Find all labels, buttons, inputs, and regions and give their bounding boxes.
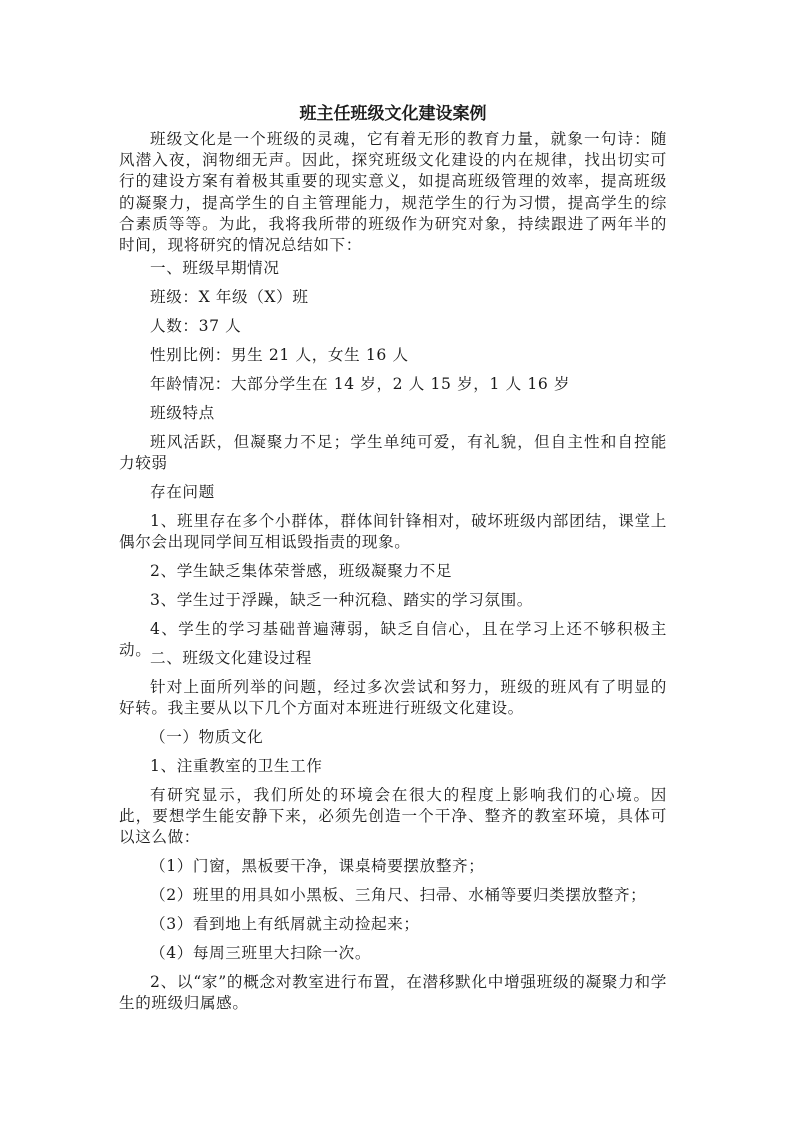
list-item-2: （2）班里的用具如小黑板、三角尺、扫帚、水桶等要归类摆放整齐；: [119, 885, 667, 906]
problem-item-2: 2、学生缺乏集体荣誉感，班级凝聚力不足: [119, 561, 667, 582]
paragraph-features: 班风活跃，但凝聚力不足；学生单纯可爱，有礼貌，但自主性和自控能力较弱: [119, 432, 667, 474]
paragraph-count: 人数：37 人: [119, 316, 667, 337]
list-item-3: （3）看到地上有纸屑就主动捡起来；: [119, 914, 667, 935]
paragraph-class: 班级：X 年级（X）班: [119, 287, 667, 308]
heading-hygiene: 1、注重教室的卫生工作: [119, 756, 667, 777]
heading-features: 班级特点: [119, 403, 667, 424]
heading-section-1: 一、班级早期情况: [119, 258, 667, 279]
paragraph-process: 针对上面所列举的问题，经过多次尝试和努力，班级的班风有了明显的好转。我主要从以下…: [119, 677, 667, 719]
document-title: 班主任班级文化建设案例: [119, 102, 667, 126]
heading-section-2: 二、班级文化建设过程: [119, 648, 667, 669]
heading-material: （一）物质文化: [119, 727, 667, 748]
problem-item-1: 1、班里存在多个小群体，群体间针锋相对，破坏班级内部团结，课堂上偶尔会出现同学间…: [119, 511, 667, 553]
heading-problems: 存在问题: [119, 482, 667, 503]
paragraph-age: 年龄情况：大部分学生在 14 岁，2 人 15 岁，1 人 16 岁: [119, 374, 667, 395]
paragraph-home-concept: 2、以“家”的概念对教室进行布置，在潜移默化中增强班级的凝聚力和学生的班级归属感…: [119, 972, 667, 1014]
problem-item-3: 3、学生过于浮躁，缺乏一种沉稳、踏实的学习氛围。: [119, 590, 667, 611]
list-item-4: （4）每周三班里大扫除一次。: [119, 943, 667, 964]
paragraph-gender: 性别比例：男生 21 人，女生 16 人: [119, 345, 667, 366]
paragraph-environment: 有研究显示，我们所处的环境会在很大的程度上影响我们的心境。因此，要想学生能安静下…: [119, 785, 667, 849]
paragraph-intro: 班级文化是一个班级的灵魂，它有着无形的教育力量，就象一句诗：随风潜入夜，润物细无…: [119, 129, 667, 256]
list-item-1: （1）门窗，黑板要干净，课桌椅要摆放整齐；: [119, 856, 667, 877]
